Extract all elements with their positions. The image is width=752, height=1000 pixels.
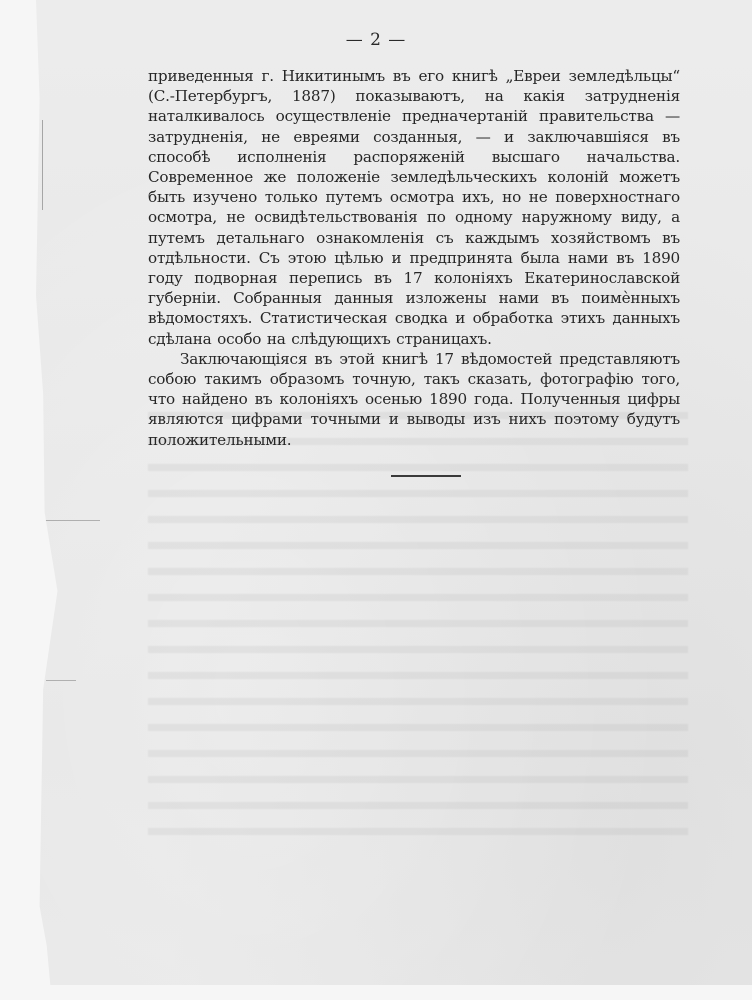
paper-tear-mark: [40, 520, 100, 521]
paragraph-2: Заключающіяся въ этой книгѣ 17 вѣдомосте…: [148, 349, 680, 450]
section-divider-rule: [391, 475, 461, 477]
bleed-through-texture: [148, 400, 688, 840]
paragraph-1: приведенныя г. Никитинымъ въ его книгѣ „…: [148, 66, 680, 349]
body-text: приведенныя г. Никитинымъ въ его книгѣ „…: [148, 66, 680, 450]
scanned-page: — 2 — приведенныя г. Никитинымъ въ его к…: [0, 0, 752, 1000]
paper-tear-mark: [46, 680, 76, 681]
paper-tear-mark: [42, 120, 43, 210]
page-number: — 2 —: [0, 30, 752, 50]
